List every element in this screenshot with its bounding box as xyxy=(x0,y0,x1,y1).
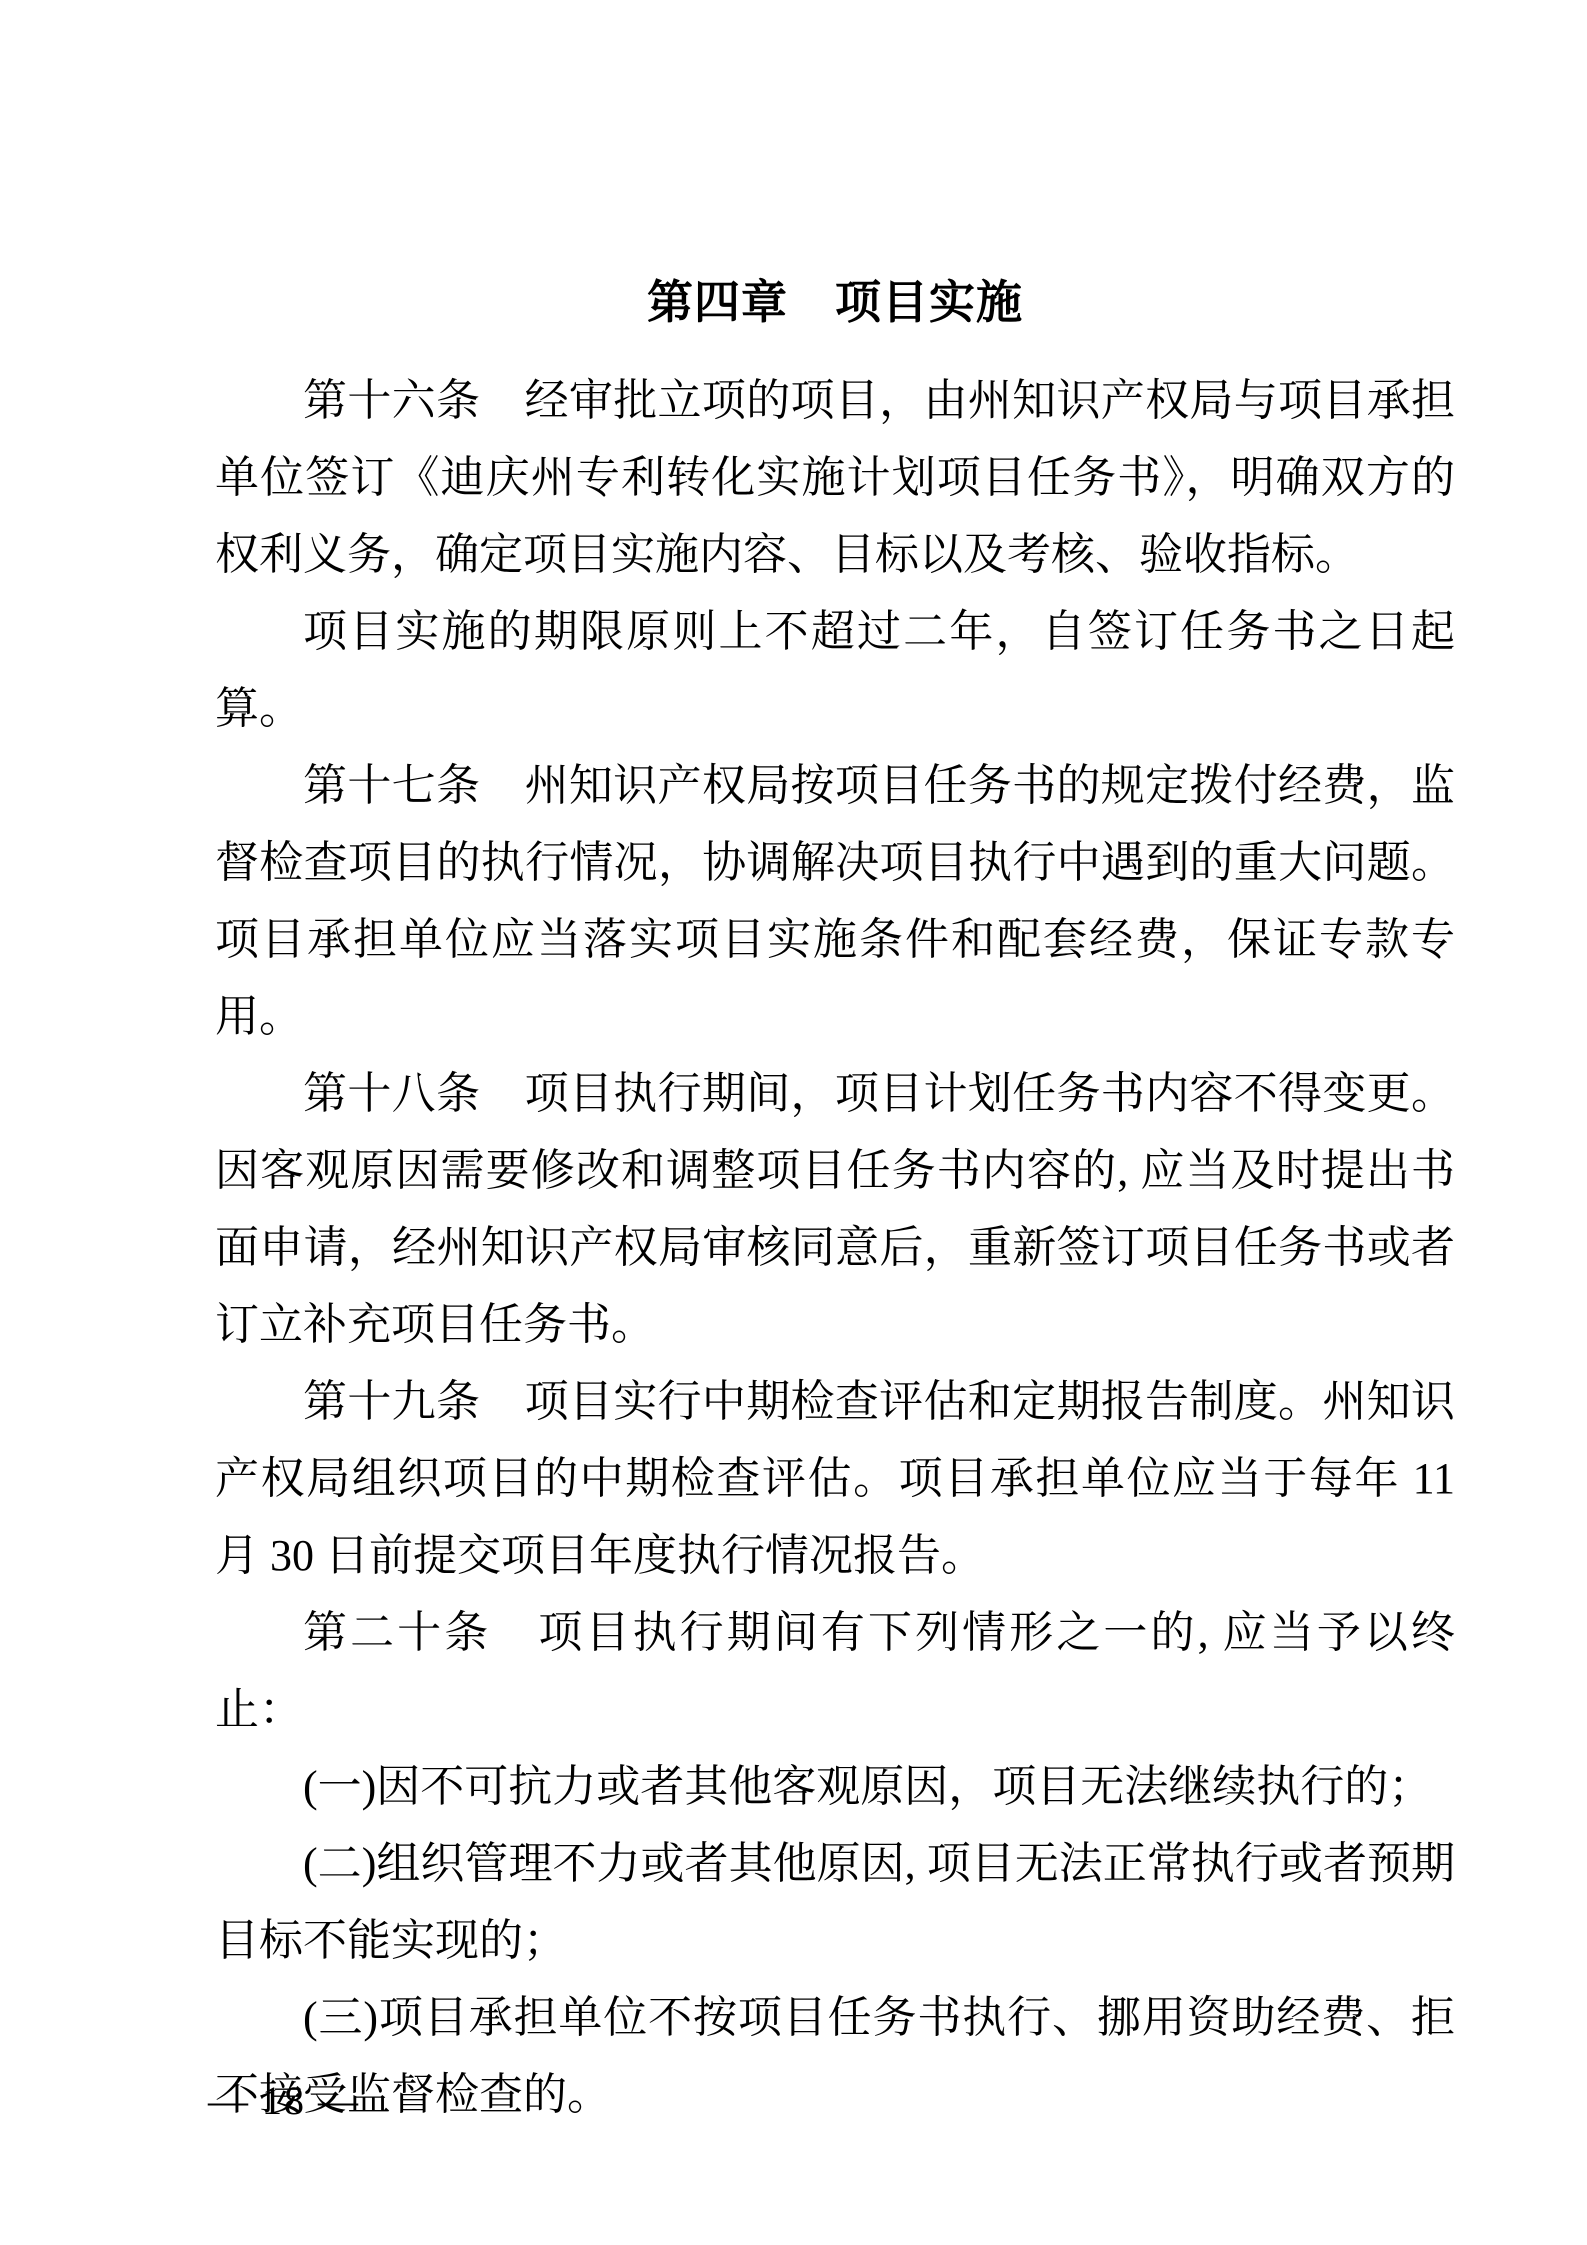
paragraph-article-19: 第十九条 项目实行中期检查评估和定期报告制度。州知识产权局组织项目的中期检查评估… xyxy=(215,1363,1455,1594)
paragraph-article-16-duration: 项目实施的期限原则上不超过二年，自签订任务书之日起算。 xyxy=(215,593,1455,747)
paragraph-article-17: 第十七条 州知识产权局按项目任务书的规定拨付经费，监督检查项目的执行情况，协调解… xyxy=(215,747,1455,1055)
paragraph-article-20-item-3: (三)项目承担单位不按项目任务书执行、挪用资助经费、拒不接受监督检查的。 xyxy=(215,1979,1455,2133)
paragraph-article-16: 第十六条 经审批立项的项目，由州知识产权局与项目承担单位签订《迪庆州专利转化实施… xyxy=(215,362,1455,593)
paragraph-article-20-item-2: (二)组织管理不力或者其他原因, 项目无法正常执行或者预期目标不能实现的； xyxy=(215,1825,1455,1979)
page-number: — 18 — xyxy=(208,2078,360,2124)
paragraph-article-18: 第十八条 项目执行期间，项目计划任务书内容不得变更。因客观原因需要修改和调整项目… xyxy=(215,1055,1455,1363)
chapter-title: 第四章 项目实施 xyxy=(215,252,1455,352)
paragraph-article-20: 第二十条 项目执行期间有下列情形之一的, 应当予以终止： xyxy=(215,1594,1455,1748)
paragraph-article-20-item-1: (一)因不可抗力或者其他客观原因，项目无法继续执行的； xyxy=(215,1748,1455,1825)
document-content: 第四章 项目实施 第十六条 经审批立项的项目，由州知识产权局与项目承担单位签订《… xyxy=(215,252,1455,2133)
document-page: 第四章 项目实施 第十六条 经审批立项的项目，由州知识产权局与项目承担单位签订《… xyxy=(0,0,1587,2245)
article-body: 第十六条 经审批立项的项目，由州知识产权局与项目承担单位签订《迪庆州专利转化实施… xyxy=(215,362,1455,2133)
